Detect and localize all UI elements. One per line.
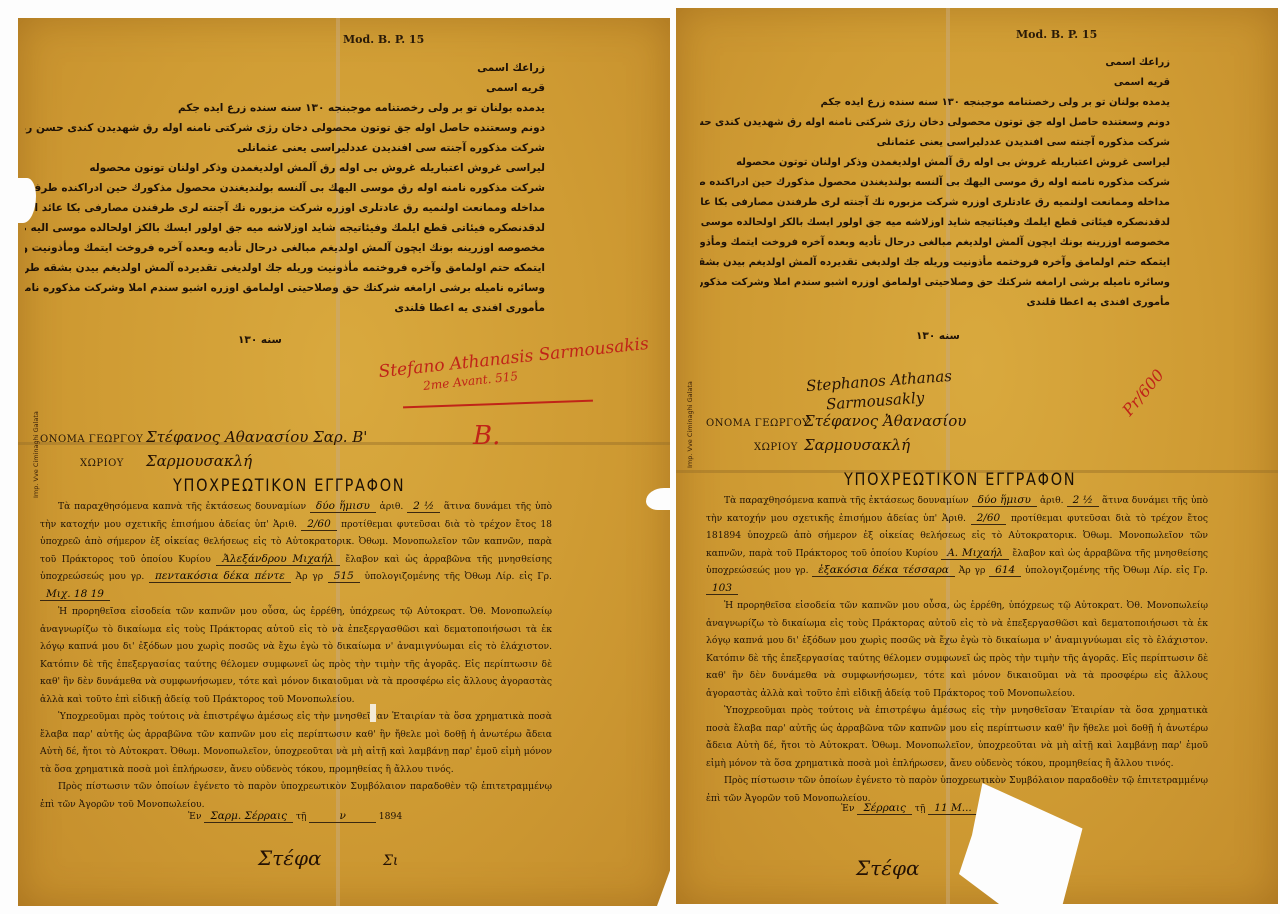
red-note: Pr/600 <box>1118 366 1167 420</box>
village-value: Σαρμουσακλή <box>804 436 910 454</box>
document-title: ΥΠΟΧΡΕΩΤΙΚΟΝ ΕΓΓΡΑΦΟΝ <box>844 470 1076 490</box>
form-code: Mod. B. P. 15 <box>343 33 424 46</box>
field-amount-number: 614 <box>989 564 1021 577</box>
printer-mark: Imp. Vve Ciminaghi Galata <box>32 411 40 498</box>
paper-tear <box>370 704 376 722</box>
field-lira-rate: Μιχ. 18 19 <box>40 588 110 601</box>
red-underline <box>403 400 593 409</box>
signature: Στέφα <box>258 846 321 870</box>
field-stremmata-number: 2 ½ <box>407 500 440 513</box>
name-label: ΟΝΟΜΑ ΓΕΩΡΓΟΥ <box>40 434 143 445</box>
field-amount-words: ἑξακόσια δέκα τέσσαρα <box>812 564 955 577</box>
name-value: Στέφανος Αθανασίου Σαρ. Β' <box>146 428 367 446</box>
village-label: ΧΩΡΙΟΥ <box>754 442 798 453</box>
ottoman-year-line: سنه ١٣٠ <box>916 326 960 346</box>
field-amount-number: 515 <box>328 570 360 583</box>
date-place: Σέρραις <box>857 802 912 815</box>
name-value: Στέφανος Ἀθανασίου <box>804 412 966 430</box>
contract-body: Τὰ παραχθησόμενα καπνὰ τῆς ἐκτάσεως δουν… <box>706 492 1208 807</box>
date-place: Σαρμ. Σέρραις <box>204 810 293 823</box>
ottoman-text-block: زراعك اسمى قريه اسمى يدمده بولنان تو بر … <box>25 58 545 318</box>
paper-tear <box>646 488 676 510</box>
signature: Στέφα <box>856 856 919 880</box>
field-agent-name: Ἀλεξάνδρου Μιχαήλ <box>216 553 340 566</box>
field-license-number: 2/60 <box>301 518 337 531</box>
date-month: 11 Μ... <box>928 802 977 815</box>
document-page-left: Mod. B. P. 15 زراعك اسمى قريه اسمى يدمده… <box>18 18 670 906</box>
red-initial: B. <box>473 421 500 451</box>
contract-body: Τὰ παραχθησόμενα καπνὰ τῆς ἐκτάσεως δουν… <box>40 498 552 813</box>
village-value: Σαρμουσακλή <box>146 452 252 470</box>
ottoman-text-block: زراعك اسمى قريه اسمى يدمده بولنان تو بر … <box>700 53 1170 313</box>
field-lira-rate: 103 <box>706 582 738 595</box>
document-title: ΥΠΟΧΡΕΩΤΙΚΟΝ ΕΓΓΡΑΦΟΝ <box>173 476 405 496</box>
field-agent-name: Α. Μιχαήλ <box>941 547 1009 560</box>
field-stremmata-words: δύο ἥμισυ <box>310 500 376 513</box>
field-stremmata-number: 2 ½ <box>1067 494 1099 507</box>
form-code: Mod. B. P. 15 <box>1016 28 1097 41</box>
signature-mark: Σι <box>383 853 398 869</box>
date-line: Ἐν Σαρμ. Σέρραις τῇ ν 1894 <box>188 808 488 826</box>
village-label: ΧΩΡΙΟΥ <box>80 458 124 469</box>
field-stremmata-words: δύο ἥμισυ <box>972 494 1037 507</box>
ottoman-year-line: سنه ١٣٠ <box>238 330 282 350</box>
printer-mark: Imp. Vve Ciminaghi Galata <box>686 381 694 468</box>
name-label: ΟΝΟΜΑ ΓΕΩΡΓΟΥ <box>706 418 809 429</box>
field-license-number: 2/60 <box>971 512 1007 525</box>
document-page-right: Mod. B. P. 15 زراعك اسمى قريه اسمى يدمده… <box>676 8 1278 904</box>
field-amount-words: πεντακόσια δέκα πέντε <box>149 570 291 583</box>
date-month: ν <box>309 810 375 823</box>
